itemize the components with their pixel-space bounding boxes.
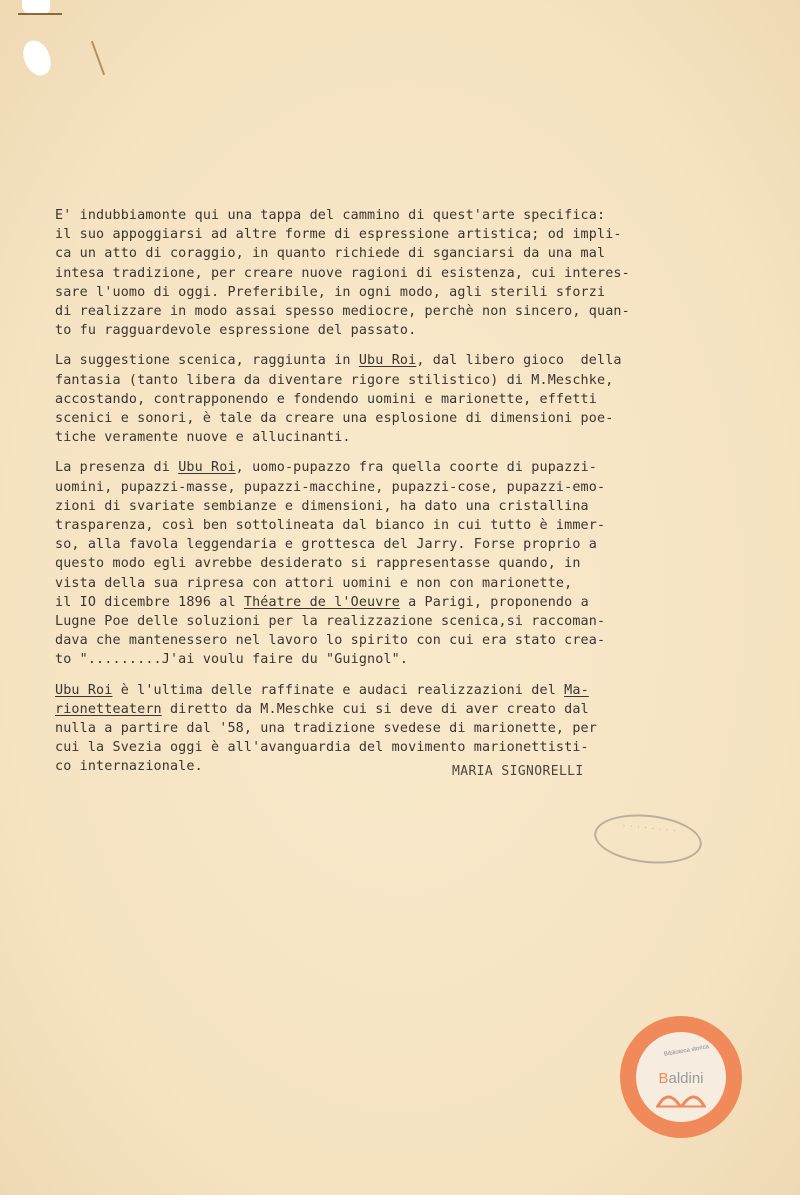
text-line: trasparenza, così ben sottolineata dal b… [55,516,715,535]
logo-first-letter: B [658,1070,668,1087]
underlined-title: Ubu Roi [359,353,416,368]
text-line: ca un atto di coraggio, in quanto richie… [55,244,715,263]
paragraph: E' indubbiamonte qui una tappa del cammi… [55,206,715,340]
text-line: Lugne Poe delle soluzioni per la realizz… [55,612,715,631]
text-line: scenici e sonori, è tale da creare una e… [55,409,715,428]
text-line: intesa tradizione, per creare nuove ragi… [55,264,715,283]
paper-hole [21,38,53,78]
underlined-title: Théatre de l'Oeuvre [244,595,400,610]
signature: MARIA SIGNORELLI [452,764,584,779]
text-line: E' indubbiamonte qui una tappa del cammi… [55,206,715,225]
text-line: co internazionale. [55,757,715,776]
logo-wordmark: Baldini [636,1070,726,1087]
text-line: accostando, contrapponendo e fondendo uo… [55,390,715,409]
logo-small-text: Biblioteca storica [664,1044,710,1059]
text-line: il IO dicembre 1896 al Théatre de l'Oeuv… [55,593,715,612]
logo-inner: Biblioteca storica Baldini [636,1032,726,1122]
text-line: questo modo egli avrebbe desiderato si r… [55,554,715,573]
ink-mark [91,41,105,76]
text-line: sare l'uomo di oggi. Preferibile, in ogn… [55,283,715,302]
paragraph: La presenza di Ubu Roi, uomo-pupazzo fra… [55,458,715,669]
text-line: il suo appoggiarsi ad altre forme di esp… [55,225,715,244]
library-stamp: · · · · · · · · [592,809,704,868]
text-line: nulla a partire dal '58, una tradizione … [55,719,715,738]
paragraph: La suggestione scenica, raggiunta in Ubu… [55,351,715,447]
document-page: E' indubbiamonte qui una tappa del cammi… [0,0,800,1195]
baldini-logo: Biblioteca storica Baldini [620,1016,742,1138]
text-line: to fu ragguardevole espressione del pass… [55,321,715,340]
underlined-title: Ma- [564,683,589,698]
logo-rest: aldini [668,1070,703,1087]
text-line: dava che mantenessero nel lavoro lo spir… [55,631,715,650]
text-line: rionetteatern diretto da M.Meschke cui s… [55,700,715,719]
paper-tear [22,0,50,14]
text-line: di realizzare in modo assai spesso medio… [55,302,715,321]
paragraph: Ubu Roi è l'ultima delle raffinate e aud… [55,681,715,777]
text-line: cui la Svezia oggi è all'avanguardia del… [55,738,715,757]
text-line: fantasia (tanto libera da diventare rigo… [55,371,715,390]
open-book-icon [656,1088,706,1108]
text-line: uomini, pupazzi-masse, pupazzi-macchine,… [55,478,715,497]
underlined-title: Ubu Roi [178,460,235,475]
text-line: Ubu Roi è l'ultima delle raffinate e aud… [55,681,715,700]
stamp-text: · · · · · · · · [622,822,677,835]
text-line: La presenza di Ubu Roi, uomo-pupazzo fra… [55,458,715,477]
underlined-title: rionetteatern [55,702,162,717]
text-line: to ".........J'ai voulu faire du "Guigno… [55,650,715,669]
text-line: La suggestione scenica, raggiunta in Ubu… [55,351,715,370]
text-line: vista della sua ripresa con attori uomin… [55,574,715,593]
underlined-title: Ubu Roi [55,683,112,698]
ink-mark [18,13,62,15]
text-line: tiche veramente nuove e allucinanti. [55,428,715,447]
text-line: zioni di svariate sembianze e dimensioni… [55,497,715,516]
typewritten-body: E' indubbiamonte qui una tappa del cammi… [55,206,715,788]
text-line: so, alla favola leggendaria e grottesca … [55,535,715,554]
